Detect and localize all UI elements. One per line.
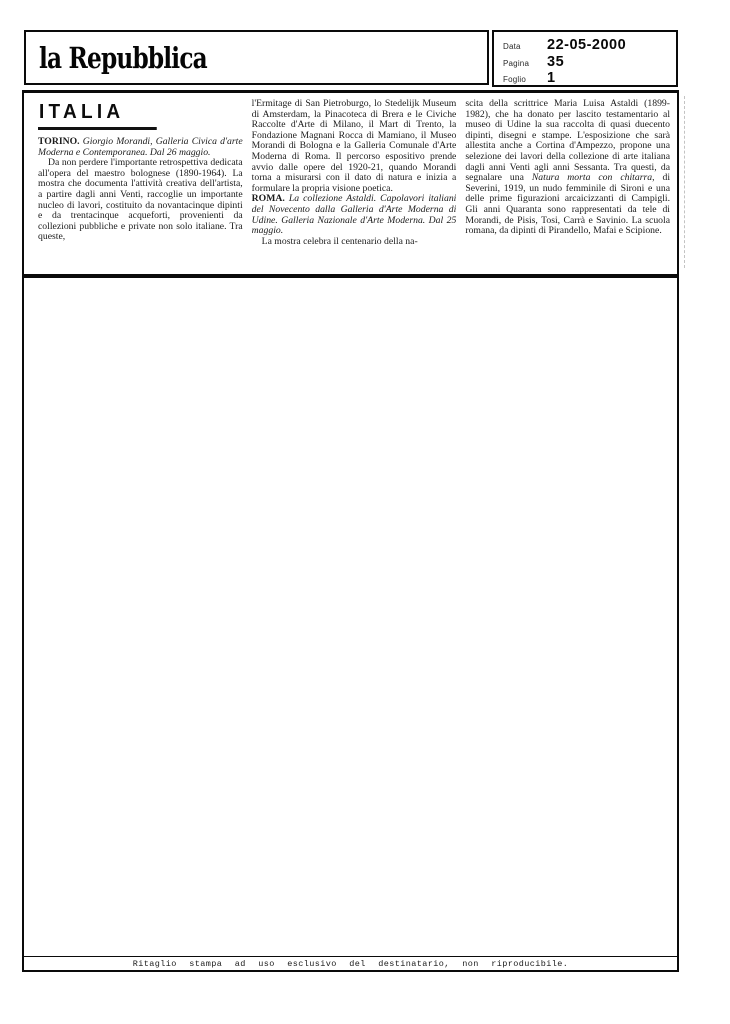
scan-artifact-line [684, 96, 685, 268]
roma-text-part1: scita della scrittrice Maria Luisa Astal… [465, 98, 670, 183]
info-label-foglio: Foglio [503, 75, 547, 84]
paragraph-torino-continuation: l'Ermitage di San Pietroburgo, lo Stedel… [252, 99, 457, 194]
paragraph-roma-lead: ROMA. La collezione Astaldi. Capolavori … [252, 194, 457, 236]
article-column-2: l'Ermitage di San Pietroburgo, lo Stedel… [252, 99, 457, 274]
artwork-title: Natura morta con chitarra [532, 172, 652, 183]
article-column-3: scita della scrittrice Maria Luisa Astal… [465, 99, 670, 274]
paragraph-torino-body: Da non perdere l'importante retrospettiv… [38, 158, 243, 243]
info-label-data: Data [503, 42, 547, 51]
disclaimer-text: Ritaglio stampa ad uso esclusivo del des… [133, 959, 569, 969]
info-row-pagina: Pagina 35 [503, 54, 676, 71]
clipping-info-box: Data 22-05-2000 Pagina 35 Foglio 1 [492, 30, 678, 87]
city-torino: TORINO. [38, 136, 80, 147]
info-value-data: 22-05-2000 [547, 37, 626, 53]
paragraph-roma-body-start: La mostra celebra il centenario della na… [252, 237, 457, 248]
section-title: ITALIA [38, 101, 157, 130]
info-value-pagina: 35 [547, 54, 564, 70]
footer-band: Ritaglio stampa ad uso esclusivo del des… [24, 956, 677, 970]
info-value-foglio: 1 [547, 70, 556, 86]
info-row-data: Data 22-05-2000 [503, 37, 676, 54]
article: ITALIA TORINO. Giorgio Morandi, Galleria… [24, 93, 677, 274]
paragraph-roma-continuation: scita della scrittrice Maria Luisa Astal… [465, 99, 670, 237]
blank-clipping-area [24, 278, 677, 956]
article-column-1: ITALIA TORINO. Giorgio Morandi, Galleria… [38, 99, 243, 274]
masthead-box: la Repubblica [24, 30, 489, 85]
info-row-foglio: Foglio 1 [503, 70, 676, 87]
newspaper-logo: la Repubblica [39, 41, 207, 75]
clipping-body: ITALIA TORINO. Giorgio Morandi, Galleria… [22, 90, 679, 972]
info-label-pagina: Pagina [503, 59, 547, 68]
paragraph-torino-lead: TORINO. Giorgio Morandi, Galleria Civica… [38, 137, 243, 158]
city-roma: ROMA. [252, 193, 285, 204]
